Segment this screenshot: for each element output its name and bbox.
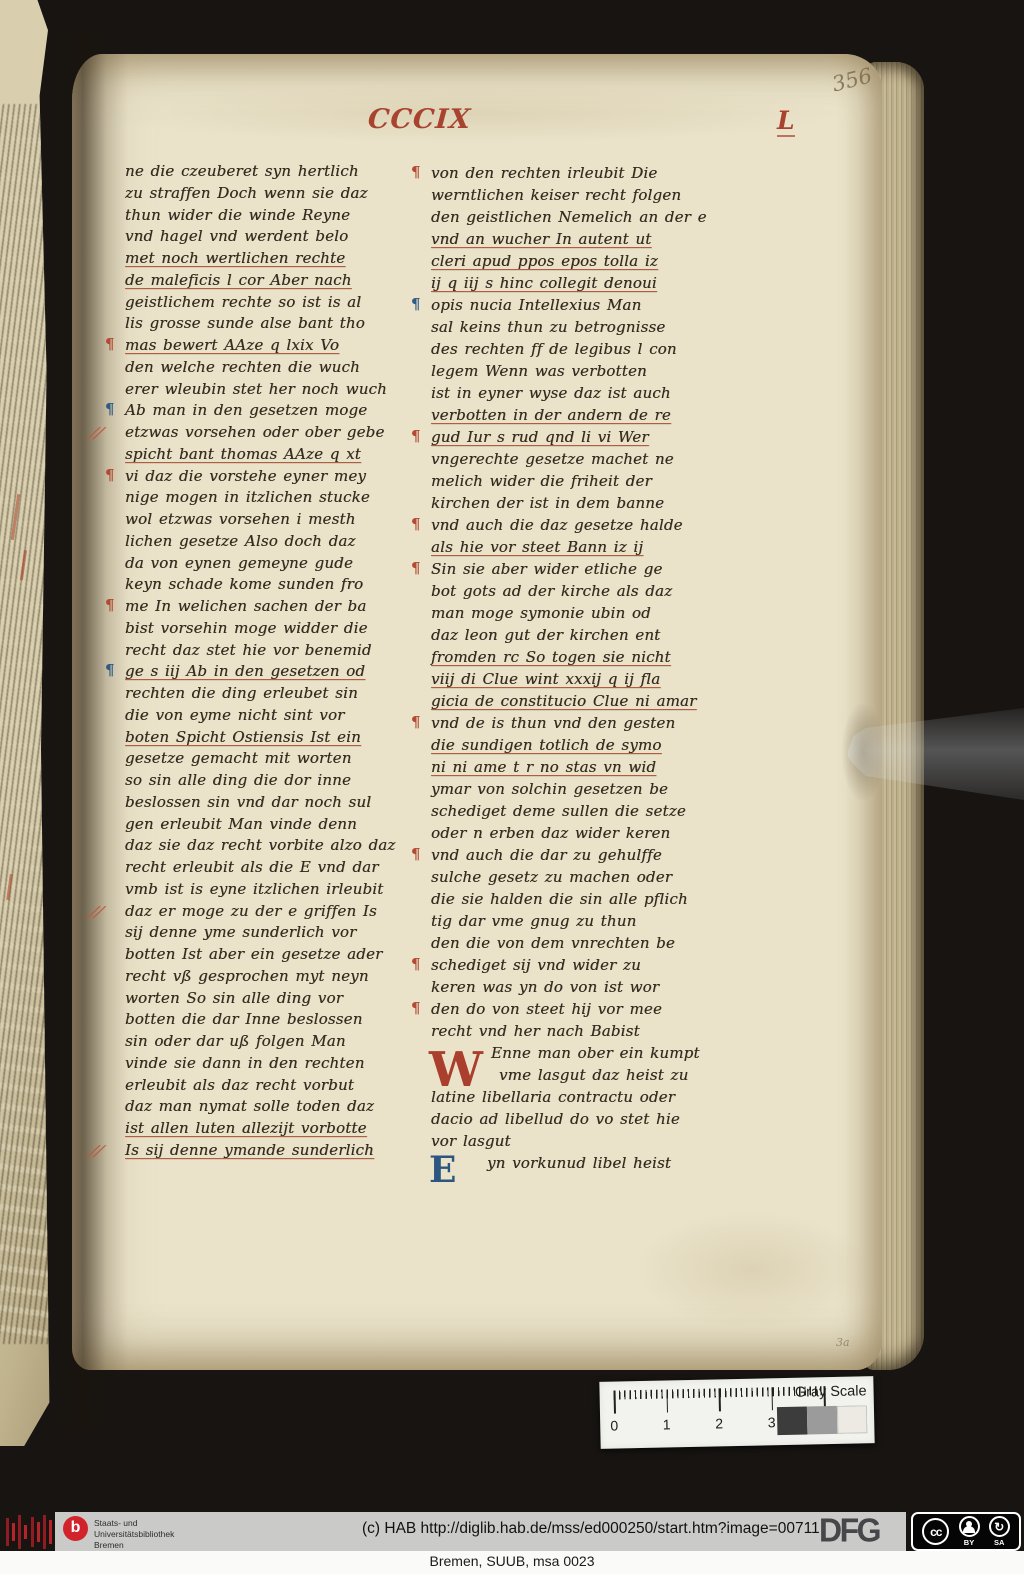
manuscript-line-text: die sie halden die sin alle pflich (431, 890, 688, 908)
manuscript-line: zu straffen Doch wenn sie daz (125, 184, 368, 202)
manuscript-line: den geistlichen Nemelich an der e (431, 208, 707, 226)
manuscript-line-text: von den rechten irleubit Die (431, 164, 657, 182)
decorated-initial: W (429, 1046, 483, 1094)
manuscript-line-text: nige mogen in itzlichen stucke (125, 488, 370, 506)
manuscript-line: sal keins thun zu betrognisse (431, 318, 665, 336)
manuscript-line-text: zu straffen Doch wenn sie daz (125, 184, 368, 202)
shelfmark-caption: Bremen, SUUB, msa 0023 (0, 1553, 1024, 1569)
manuscript-line-text: vnd auch die daz gesetze halde (431, 516, 683, 534)
manuscript-line-text: recht vß gesprochen myt neyn (125, 967, 369, 985)
manuscript-line: keren was yn do von ist wor (431, 978, 659, 996)
manuscript-line-text: erleubit als daz recht vorbut (125, 1076, 354, 1094)
library-name-line: Bremen (94, 1540, 174, 1551)
manuscript-line: wol etzwas vorsehen i mesth (125, 510, 356, 528)
paragraph-mark: ¶ (411, 163, 421, 181)
manuscript-line-text: Enne man ober ein kumpt (491, 1044, 700, 1062)
manuscript-line-text: recht vnd her nach Babist (431, 1022, 640, 1040)
manuscript-line-text: lichen gesetze Also doch daz (125, 532, 356, 550)
bremen-library-logo: b (63, 1516, 88, 1541)
manuscript-line-text: man moge symonie ubin od (431, 604, 651, 622)
manuscript-line: kirchen der ist in dem banne (431, 494, 664, 512)
manuscript-line-text: Is sij denne ymande sunderlich (125, 1141, 374, 1159)
paragraph-mark: ¶ (105, 661, 115, 679)
manuscript-line-text: schediget deme sullen die setze (431, 802, 686, 820)
manuscript-line-text: worten So sin alle ding vor (125, 989, 343, 1007)
manuscript-line: sij denne yme sunderlich vor (125, 923, 356, 941)
manuscript-line: recht vß gesprochen myt neyn (125, 967, 369, 985)
manuscript-line: ¶vnd de is thun vnd den gesten (431, 714, 675, 732)
manuscript-line: ¶schediget sij vnd wider zu (431, 956, 641, 974)
manuscript-line-text: gud Iur s rud qnd li vi Wer (431, 428, 649, 446)
cc-by: BY (959, 1516, 980, 1547)
bremen-library-name: Staats- und Universitätsbibliothek Breme… (94, 1518, 174, 1551)
manuscript-line: gen erleubit Man vinde denn (125, 815, 357, 833)
manuscript-line: gicia de constitucio Clue ni amar (431, 692, 697, 710)
manuscript-line: lichen gesetze Also doch daz (125, 532, 356, 550)
manuscript-line: ¶Sin sie aber wider etliche ge (431, 560, 663, 578)
manuscript-line: vmb ist is eyne itzlichen irleubit (125, 880, 384, 898)
manuscript-line: keyn schade kome sunden fro (125, 575, 363, 593)
cc-sa-arrow-icon: ↻ (989, 1516, 1010, 1537)
manuscript-line: ¶opis nucia Intellexius Man (431, 296, 641, 314)
manuscript-line: die von eyme nicht sint vor (125, 706, 345, 724)
manuscript-line: man moge symonie ubin od (431, 604, 651, 622)
manuscript-line: schediget deme sullen die setze (431, 802, 686, 820)
manuscript-line-text: ist in eyner wyse daz ist auch (431, 384, 671, 402)
paragraph-mark: ¶ (105, 466, 115, 484)
manuscript-line: bist vorsehin moge widder die (125, 619, 368, 637)
decorated-initial: E (429, 1152, 456, 1188)
manuscript-line: ist in eyner wyse daz ist auch (431, 384, 671, 402)
manuscript-line: sin oder dar uß folgen Man (125, 1032, 346, 1050)
manuscript-line-text: Sin sie aber wider etliche ge (431, 560, 663, 578)
gray-scale-swatch (807, 1406, 838, 1435)
manuscript-line-text: me In welichen sachen der ba (125, 597, 366, 615)
manuscript-line-text: cleri apud ppos epos tolla iz (431, 252, 658, 270)
manuscript-line-text: vme lasgut daz heist zu (499, 1066, 688, 1084)
manuscript-line-text: den geistlichen Nemelich an der e (431, 208, 707, 226)
manuscript-line-text: geistlichem rechte so ist is al (125, 293, 361, 311)
manuscript-line-text: tig dar vme gnug zu thun (431, 912, 636, 930)
manuscript-line: gesetze gemacht mit worten (125, 749, 352, 767)
manuscript-line: recht vnd her nach Babist (431, 1022, 640, 1040)
manuscript-line-text: fromden rc So togen sie nicht (431, 648, 671, 666)
manuscript-line-text: oder n erben daz wider keren (431, 824, 670, 842)
paragraph-mark: ¶ (105, 596, 115, 614)
parchment-stain (632, 1210, 872, 1330)
manuscript-line-text: recht daz stet hie vor benemid (125, 641, 372, 659)
manuscript-line-text: schediget sij vnd wider zu (431, 956, 641, 974)
manuscript-line: ist allen luten allezijt vorbotte (125, 1119, 367, 1137)
ruler-tick-number: 0 (607, 1417, 621, 1433)
cc-sa: ↻ SA (989, 1516, 1010, 1547)
manuscript-line: legem Wenn was verbotten (431, 362, 647, 380)
paragraph-mark: ¶ (411, 515, 421, 533)
cc-icon: cc (922, 1518, 949, 1545)
manuscript-line-text: ist allen luten allezijt vorbotte (125, 1119, 367, 1137)
manuscript-line: ¶me In welichen sachen der ba (125, 597, 366, 615)
manuscript-line-text: vnd hagel vnd werdent belo (125, 227, 348, 245)
manuscript-line-text: daz man nymat solle toden daz (125, 1097, 374, 1115)
manuscript-line: ni ni ame t r no stas vn wid (431, 758, 656, 776)
manuscript-line: botten die dar Inne beslossen (125, 1010, 363, 1028)
manuscript-line: da von eynen gemeyne gude (125, 554, 353, 572)
manuscript-line: lis grosse sunde alse bant tho (125, 314, 365, 332)
manuscript-line-text: opis nucia Intellexius Man (431, 296, 641, 314)
paragraph-mark: ¶ (411, 295, 421, 313)
gray-scale-label: Gray Scale (795, 1383, 867, 1400)
manuscript-line-text: dacio ad libellud do vo stet hie (431, 1110, 680, 1128)
cc-by-person-icon (959, 1516, 980, 1537)
manuscript-line-text: boten Spicht Ostiensis Ist ein (125, 728, 361, 746)
manuscript-line-text: sij denne yme sunderlich vor (125, 923, 356, 941)
manuscript-line: cleri apud ppos epos tolla iz (431, 252, 658, 270)
manuscript-line: erer wleubin stet her noch wuch (125, 380, 387, 398)
manuscript-line: spicht bant thomas AAze q xt (125, 445, 361, 463)
color-bars-logo (6, 1514, 52, 1550)
manuscript-line: nige mogen in itzlichen stucke (125, 488, 370, 506)
paragraph-mark: ¶ (411, 955, 421, 973)
cc-logo: cc (922, 1518, 949, 1545)
manuscript-line: vinde sie dann in den rechten (125, 1054, 365, 1072)
manuscript-line: die sundigen totlich de symo (431, 736, 662, 754)
manuscript-line: fromden rc So togen sie nicht (431, 648, 671, 666)
ruler-major-ticks: 01234 (599, 1376, 873, 1382)
manuscript-line-text: yn vorkunud libel heist (487, 1154, 671, 1172)
manuscript-left-column: ne die czeuberet syn hertlichzu straffen… (125, 162, 410, 1177)
manuscript-line: als hie vor steet Bann iz ij (431, 538, 643, 556)
manuscript-line: ¶mas bewert AAze q lxix Vo (125, 336, 339, 354)
manuscript-line-text: vnd an wucher In autent ut (431, 230, 651, 248)
manuscript-line: so sin alle ding die dor inne (125, 771, 351, 789)
manuscript-line-text: des rechten ff de legibus l con (431, 340, 677, 358)
manuscript-line-text: vor lasgut (431, 1132, 511, 1150)
manuscript-line-text: kirchen der ist in dem banne (431, 494, 664, 512)
manuscript-line-text: legem Wenn was verbotten (431, 362, 647, 380)
manuscript-line-text: so sin alle ding die dor inne (125, 771, 351, 789)
gray-scale-swatches (777, 1405, 868, 1435)
manuscript-line-text: de maleficis l cor Aber nach (125, 271, 352, 289)
manuscript-line-text: vnd de is thun vnd den gesten (431, 714, 675, 732)
manuscript-line-text: daz leon gut der kirchen ent (431, 626, 660, 644)
ruler-tick-number: 2 (712, 1415, 726, 1431)
gray-scale-swatch (777, 1407, 808, 1436)
manuscript-line: beslossen sin vnd dar noch sul (125, 793, 371, 811)
manuscript-line-text: gen erleubit Man vinde denn (125, 815, 357, 833)
manuscript-line: //Is sij denne ymande sunderlich (125, 1141, 374, 1159)
paragraph-mark: ¶ (105, 400, 115, 418)
paragraph-mark: ¶ (411, 713, 421, 731)
manuscript-line-text: verbotten in der andern de re (431, 406, 671, 424)
parchment-stain (92, 84, 852, 144)
quire-mark: L (777, 106, 795, 137)
manuscript-line-text: Ab man in den gesetzen moge (125, 401, 367, 419)
manuscript-line: recht erleubit als die E vnd dar (125, 858, 379, 876)
manuscript-line-text: etzwas vorsehen oder ober gebe (125, 423, 385, 441)
manuscript-line: ¶vnd auch die dar zu gehulffe (431, 846, 662, 864)
manuscript-line-text: den die von dem vnrechten be (431, 934, 675, 952)
manuscript-line-text: met noch wertlichen rechte (125, 249, 345, 267)
manuscript-line: den die von dem vnrechten be (431, 934, 675, 952)
manuscript-line: daz sie daz recht vorbite alzo daz (125, 836, 396, 854)
manuscript-line: de maleficis l cor Aber nach (125, 271, 352, 289)
manuscript-line: //etzwas vorsehen oder ober gebe (125, 423, 385, 441)
paragraph-mark: ¶ (105, 335, 115, 353)
manuscript-line: yn vorkunud libel heist (431, 1154, 671, 1172)
manuscript-line: den welche rechten die wuch (125, 358, 360, 376)
manuscript-line: worten So sin alle ding vor (125, 989, 343, 1007)
corner-annotation: 3a (836, 1336, 850, 1349)
manuscript-line-text: vi daz die vorstehe eyner mey (125, 467, 366, 485)
paragraph-mark: ¶ (411, 845, 421, 863)
manuscript-right-column: ¶von den rechten irleubit Diewerntlichen… (431, 164, 736, 1204)
dfg-logo: DFG (819, 1511, 879, 1549)
manuscript-line-text: gicia de constitucio Clue ni amar (431, 692, 697, 710)
manuscript-line-text: daz sie daz recht vorbite alzo daz (125, 836, 396, 854)
manuscript-line: recht daz stet hie vor benemid (125, 641, 372, 659)
library-name-line: Staats- und (94, 1518, 174, 1529)
manuscript-line-text: ni ni ame t r no stas vn wid (431, 758, 656, 776)
manuscript-line: botten Ist aber ein gesetze ader (125, 945, 383, 963)
manuscript-line-text: vinde sie dann in den rechten (125, 1054, 365, 1072)
manuscript-line-text: botten Ist aber ein gesetze ader (125, 945, 383, 963)
manuscript-line-text: den welche rechten die wuch (125, 358, 360, 376)
ruler-tick-number: 1 (660, 1416, 674, 1432)
manuscript-line-text: bot gots ad der kirche als daz (431, 582, 672, 600)
manuscript-line: tig dar vme gnug zu thun (431, 912, 636, 930)
manuscript-line: ij q iij s hinc collegit denoui (431, 274, 657, 292)
gray-scale-swatch (837, 1405, 868, 1434)
manuscript-line: die sie halden die sin alle pflich (431, 890, 688, 908)
manuscript-line: oder n erben daz wider keren (431, 824, 670, 842)
previous-page-text-blur (0, 104, 50, 1344)
manuscript-line: viij di Clue wint xxxij q ij fla (431, 670, 660, 688)
manuscript-line-text: viij di Clue wint xxxij q ij fla (431, 670, 660, 688)
manuscript-line: ¶vi daz die vorstehe eyner mey (125, 467, 366, 485)
manuscript-line: thun wider die winde Reyne (125, 206, 350, 224)
manuscript-line: ¶Ab man in den gesetzen moge (125, 401, 367, 419)
manuscript-line-text: ymar von solchin gesetzen be (431, 780, 668, 798)
manuscript-line-text: wol etzwas vorsehen i mesth (125, 510, 356, 528)
chapter-heading: CCCIX (367, 104, 472, 135)
manuscript-line-text: melich wider die friheit der (431, 472, 652, 490)
manuscript-line-text: sulche gesetz zu machen oder (431, 868, 672, 886)
manuscript-line-text: spicht bant thomas AAze q xt (125, 445, 361, 463)
previous-page-edge (0, 0, 62, 1446)
manuscript-line: rechten die ding erleubet sin (125, 684, 358, 702)
cc-license-badge: cc BY ↻ SA (911, 1512, 1021, 1551)
manuscript-line-text: mas bewert AAze q lxix Vo (125, 336, 339, 354)
manuscript-line: dacio ad libellud do vo stet hie (431, 1110, 680, 1128)
gray-scale-card: 01234 Gray Scale (599, 1376, 874, 1449)
manuscript-line-text: keren was yn do von ist wor (431, 978, 659, 996)
cc-by-label: BY (964, 1538, 974, 1547)
paragraph-mark: ¶ (411, 999, 421, 1017)
manuscript-line-text: vngerechte gesetze machet ne (431, 450, 674, 468)
manuscript-line: ¶vnd auch die daz gesetze halde (431, 516, 683, 534)
manuscript-line: verbotten in der andern de re (431, 406, 671, 424)
manuscript-line: vngerechte gesetze machet ne (431, 450, 674, 468)
manuscript-line-text: ge s iij Ab in den gesetzen od (125, 662, 365, 680)
manuscript-line-text: keyn schade kome sunden fro (125, 575, 363, 593)
manuscript-line-text: botten die dar Inne beslossen (125, 1010, 363, 1028)
cc-sa-label: SA (994, 1538, 1004, 1547)
manuscript-line: daz man nymat solle toden daz (125, 1097, 374, 1115)
manuscript-line: sulche gesetz zu machen oder (431, 868, 672, 886)
manuscript-line-text: vmb ist is eyne itzlichen irleubit (125, 880, 384, 898)
manuscript-line: des rechten ff de legibus l con (431, 340, 677, 358)
manuscript-line-text: erer wleubin stet her noch wuch (125, 380, 387, 398)
manuscript-line: ymar von solchin gesetzen be (431, 780, 668, 798)
manuscript-line: bot gots ad der kirche als daz (431, 582, 672, 600)
copyright-url: (c) HAB http://diglib.hab.de/mss/ed00025… (362, 1520, 820, 1538)
manuscript-line: boten Spicht Ostiensis Ist ein (125, 728, 361, 746)
manuscript-line-text: die sundigen totlich de symo (431, 736, 662, 754)
manuscript-line: //daz er moge zu der e griffen Is (125, 902, 377, 920)
manuscript-line: daz leon gut der kirchen ent (431, 626, 660, 644)
manuscript-line: erleubit als daz recht vorbut (125, 1076, 354, 1094)
manuscript-line-text: die von eyme nicht sint vor (125, 706, 345, 724)
manuscript-line-text: thun wider die winde Reyne (125, 206, 350, 224)
manuscript-line-text: sal keins thun zu betrognisse (431, 318, 665, 336)
manuscript-line: ¶von den rechten irleubit Die (431, 164, 657, 182)
manuscript-line: ¶ge s iij Ab in den gesetzen od (125, 662, 365, 680)
manuscript-line: geistlichem rechte so ist is al (125, 293, 361, 311)
manuscript-line-text: werntlichen keiser recht folgen (431, 186, 681, 204)
manuscript-line-text: vnd auch die dar zu gehulffe (431, 846, 662, 864)
library-name-line: Universitätsbibliothek (94, 1529, 174, 1540)
manuscript-line-text: ne die czeuberet syn hertlich (125, 162, 359, 180)
manuscript-line: vnd hagel vnd werdent belo (125, 227, 348, 245)
manuscript-line-text: da von eynen gemeyne gude (125, 554, 353, 572)
manuscript-line-text: beslossen sin vnd dar noch sul (125, 793, 371, 811)
manuscript-line-text: lis grosse sunde alse bant tho (125, 314, 365, 332)
manuscript-line: melich wider die friheit der (431, 472, 652, 490)
manuscript-line: met noch wertlichen rechte (125, 249, 345, 267)
manuscript-line: ¶gud Iur s rud qnd li vi Wer (431, 428, 649, 446)
manuscript-line-text: als hie vor steet Bann iz ij (431, 538, 643, 556)
manuscript-line-text: daz er moge zu der e griffen Is (125, 902, 377, 920)
manuscript-line: ¶den do von steet hij vor mee (431, 1000, 662, 1018)
manuscript-line-text: recht erleubit als die E vnd dar (125, 858, 379, 876)
paragraph-mark: ¶ (411, 427, 421, 445)
manuscript-line-text: bist vorsehin moge widder die (125, 619, 368, 637)
manuscript-line-text: ij q iij s hinc collegit denoui (431, 274, 657, 292)
paragraph-mark: ¶ (411, 559, 421, 577)
manuscript-line-text: den do von steet hij vor mee (431, 1000, 662, 1018)
manuscript-line-text: rechten die ding erleubet sin (125, 684, 358, 702)
manuscript-line: vor lasgut (431, 1132, 511, 1150)
manuscript-line-text: sin oder dar uß folgen Man (125, 1032, 346, 1050)
manuscript-line: ne die czeuberet syn hertlich (125, 162, 359, 180)
manuscript-line: vnd an wucher In autent ut (431, 230, 651, 248)
manuscript-line: werntlichen keiser recht folgen (431, 186, 681, 204)
manuscript-line-text: gesetze gemacht mit worten (125, 749, 352, 767)
